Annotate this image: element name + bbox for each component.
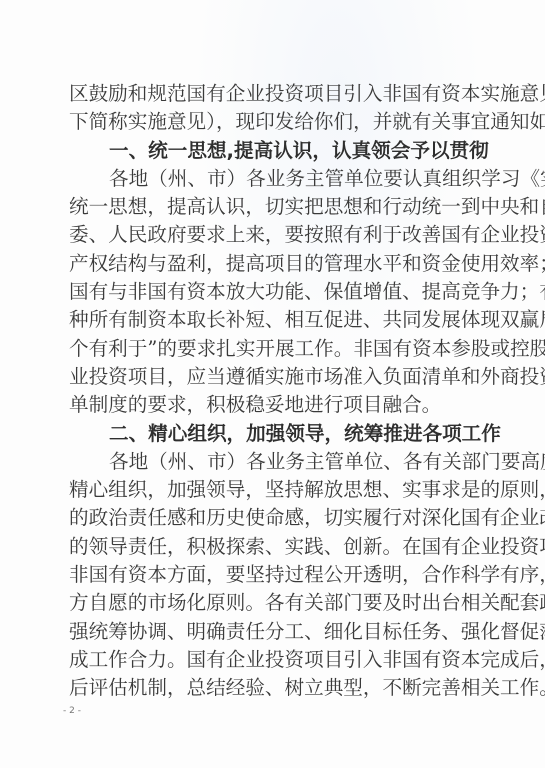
section-heading-1: 一、统一思想,提高认识，认真领会予以贯彻 — [69, 137, 489, 165]
section-heading-2: 二、精心组织，加强领导，统筹推进各项工作 — [69, 420, 489, 448]
scanned-page: 区鼓励和规范国有企业投资项目引入非国有资本实施意见》（以 下简称实施意见），现印… — [0, 0, 545, 768]
body-line: 的领导责任，积极探索、实践、创新。在国有企业投资项目引入 — [69, 533, 489, 561]
body-line: 方自愿的市场化原则。各有关部门要及时出台相关配套政策，加 — [69, 589, 489, 617]
document-body: 区鼓励和规范国有企业投资项目引入非国有资本实施意见》（以 下简称实施意见），现印… — [69, 80, 489, 703]
body-line: 业投资项目，应当遵循实施市场准入负面清单和外商投资负面清 — [69, 363, 489, 391]
body-line: 精心组织，加强领导，坚持解放思想、实事求是的原则，以高度 — [69, 476, 489, 504]
body-line: 单制度的要求，积极稳妥地进行项目融合。 — [69, 391, 489, 419]
page-number: - 2 - — [63, 706, 81, 716]
body-line: 种所有制资本取长补短、相互促进、共同发展体现双赢局面的“三 — [69, 306, 489, 334]
body-line: 委、人民政府要求上来，要按照有利于改善国有企业投资项目的 — [69, 221, 489, 249]
body-line: 产权结构与盈利，提高项目的管理水平和资金使用效率；有利于 — [69, 250, 489, 278]
body-line: 非国有资本方面，要坚持过程公开透明，合作科学有序，坚持双 — [69, 561, 489, 589]
body-line: 后评估机制，总结经验、树立典型，不断完善相关工作。 — [69, 674, 489, 702]
body-line: 区鼓励和规范国有企业投资项目引入非国有资本实施意见》（以 — [69, 80, 489, 108]
body-line: 下简称实施意见），现印发给你们，并就有关事宜通知如下： — [69, 108, 489, 136]
body-line: 成工作合力。国有企业投资项目引入非国有资本完成后，要建立 — [69, 646, 489, 674]
body-line: 个有利于”的要求扎实开展工作。非国有资本参股或控股国有企 — [69, 335, 489, 363]
body-line: 强统筹协调、明确责任分工、细化目标任务、强化督促落实，形 — [69, 618, 489, 646]
body-line: 的政治责任感和历史使命感，切实履行对深化国有企业改革工作 — [69, 504, 489, 532]
body-line: 各地（州、市）各业务主管单位、各有关部门要高度重视， — [69, 448, 489, 476]
body-line: 各地（州、市）各业务主管单位要认真组织学习《实施意见》， — [69, 165, 489, 193]
body-line: 国有与非国有资本放大功能、保值增值、提高竞争力；有利于各 — [69, 278, 489, 306]
body-line: 统一思想，提高认识，切实把思想和行动统一到中央和自治区党 — [69, 193, 489, 221]
